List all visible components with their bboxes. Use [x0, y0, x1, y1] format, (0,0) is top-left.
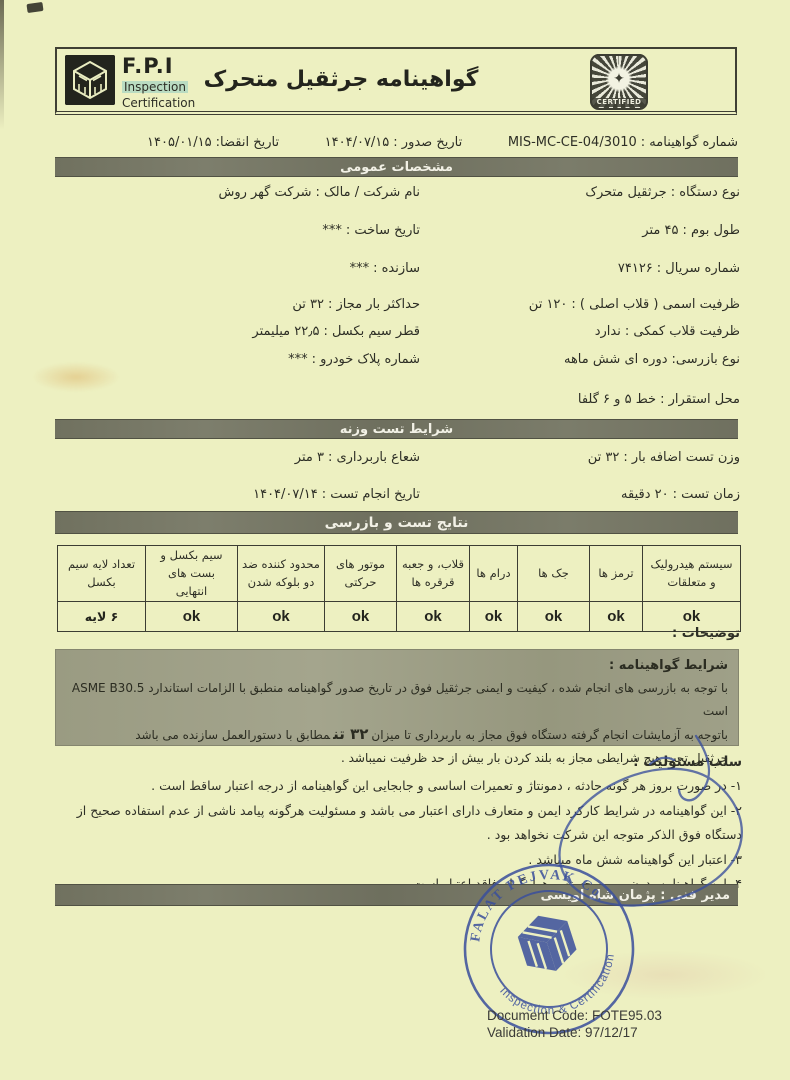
results-table: سیستم هیدرولیک و متعلقات ترمز ها جک ها د…	[57, 545, 741, 632]
result-column-header: درام ها	[470, 546, 518, 602]
certificate-meta-row: شماره گواهینامه :MIS-MC-CE-04/3010 تاریخ…	[145, 135, 740, 150]
badge-label: CERTIFIED	[590, 98, 648, 107]
result-column-header: سیم بکسل و بست های انتهایی	[146, 546, 238, 602]
result-value: ok	[397, 602, 470, 632]
result-value: ok	[146, 602, 238, 632]
issue-date: تاریخ صدور :۱۴۰۴/۰۷/۱۵	[323, 135, 465, 150]
field-manufacturer: سازنده :***	[350, 261, 420, 276]
stamp-cube-icon	[513, 908, 580, 979]
field-load-radius: شعاع باربرداری :۳ متر	[295, 450, 420, 465]
result-column-header: محدود کننده ضد دو بلوکه شدن	[238, 546, 325, 602]
results-header-row: سیستم هیدرولیک و متعلقات ترمز ها جک ها د…	[58, 546, 741, 602]
result-column-header: سیستم هیدرولیک و متعلقات	[643, 546, 741, 602]
section-bar-general: مشخصات عمومی	[55, 157, 738, 177]
field-location: محل استقرار :خط ۵ و ۶ گلفا	[578, 392, 740, 407]
result-column-header: قلاب، و جعبه قرقره ها	[397, 546, 470, 602]
certificate-number-value: MIS-MC-CE-04/3010	[506, 135, 639, 150]
issue-date-label: تاریخ صدور :	[391, 135, 464, 150]
section-bar-results: نتایج تست و بازرسی	[55, 511, 738, 534]
result-value: ۶ لایه	[58, 602, 146, 632]
results-value-row: ok ok ok ok ok ok ok ok ۶ لایه	[58, 602, 741, 632]
field-nominal-capacity: ظرفیت اسمی ( قلاب اصلی ) :۱۲۰ تن	[529, 297, 740, 312]
certificate-page: F.P.I Inspection Certification گواهینامه…	[0, 0, 790, 1080]
bold-capacity-value: ۳۲ تن	[330, 725, 371, 743]
certificate-number-label: شماره گواهینامه :	[639, 135, 740, 150]
field-inspection-type: نوع بازرسی:دوره ای شش ماهه	[564, 352, 740, 367]
document-title: گواهینامه جرثقیل متحرک	[57, 67, 625, 92]
result-column-header: ترمز ها	[590, 546, 643, 602]
issue-date-value: ۱۴۰۴/۰۷/۱۵	[323, 135, 392, 150]
certified-starburst-icon: ✦ CERTIFIED	[590, 54, 648, 110]
logo-certification-label: Certification	[122, 97, 195, 109]
certificate-number: شماره گواهینامه :MIS-MC-CE-04/3010	[506, 135, 740, 150]
field-aux-hook-capacity: ظرفیت قلاب کمکی :ندارد	[595, 324, 740, 339]
field-test-duration: زمان تست :۲۰ دقیقه	[621, 487, 740, 502]
result-column-header: موتور های حرکتی	[325, 546, 397, 602]
field-test-date: تاریخ انجام تست :۱۴۰۴/۰۷/۱۴	[253, 487, 420, 502]
document-code: Document Code: FOTE95.03	[487, 1007, 662, 1024]
field-boom-length: طول بوم :۴۵ متر	[642, 223, 740, 238]
conditions-line-1: با توجه به بازرسی های انجام شده ، کیفیت …	[66, 677, 728, 723]
field-overload-test-weight: وزن تست اضافه بار :۳۲ تن	[588, 450, 740, 465]
field-max-allowed-load: حداکثر بار مجاز :۳۲ تن	[292, 297, 420, 312]
conditions-title: شرایط گواهینامه :	[66, 655, 728, 677]
result-value: ok	[590, 602, 643, 632]
header: F.P.I Inspection Certification گواهینامه…	[55, 47, 737, 115]
field-device-type: نوع دستگاه :جرثقیل متحرک	[585, 185, 740, 200]
result-column-header: تعداد لایه سیم بکسل	[58, 546, 146, 602]
expiry-date-label: تاریخ انقضا:	[214, 135, 281, 150]
result-value: ok	[470, 602, 518, 632]
result-value: ok	[238, 602, 325, 632]
expiry-date-value: ۱۴۰۵/۰۱/۱۵	[145, 135, 214, 150]
faint-stamp-smudge	[32, 362, 120, 392]
field-owner-company: نام شرکت / مالک :شرکت گهر روش	[218, 185, 420, 200]
badge-center-icon: ✦	[606, 66, 632, 92]
validation-date: Validation Date: 97/12/17	[487, 1024, 662, 1041]
document-footer: Document Code: FOTE95.03 Validation Date…	[487, 1007, 662, 1041]
notes-label: توضیحات :	[672, 626, 740, 641]
field-serial-number: شماره سریال :۷۴۱۲۶	[618, 261, 740, 276]
scan-artifact-mark	[26, 2, 43, 13]
result-value: ok	[325, 602, 397, 632]
field-manufacture-date: تاریخ ساخت :***	[322, 223, 420, 238]
field-vehicle-plate: شماره پلاک خودرو :***	[288, 352, 420, 367]
result-column-header: جک ها	[518, 546, 590, 602]
section-bar-weight-test: شرایط تست وزنه	[55, 419, 738, 439]
field-wire-rope-diameter: قطر سیم بکسل :۲۲٫۵ میلیمتر	[252, 324, 420, 339]
scan-edge-line	[0, 0, 4, 130]
result-value: ok	[518, 602, 590, 632]
expiry-date: تاریخ انقضا:۱۴۰۵/۰۱/۱۵	[145, 135, 281, 150]
